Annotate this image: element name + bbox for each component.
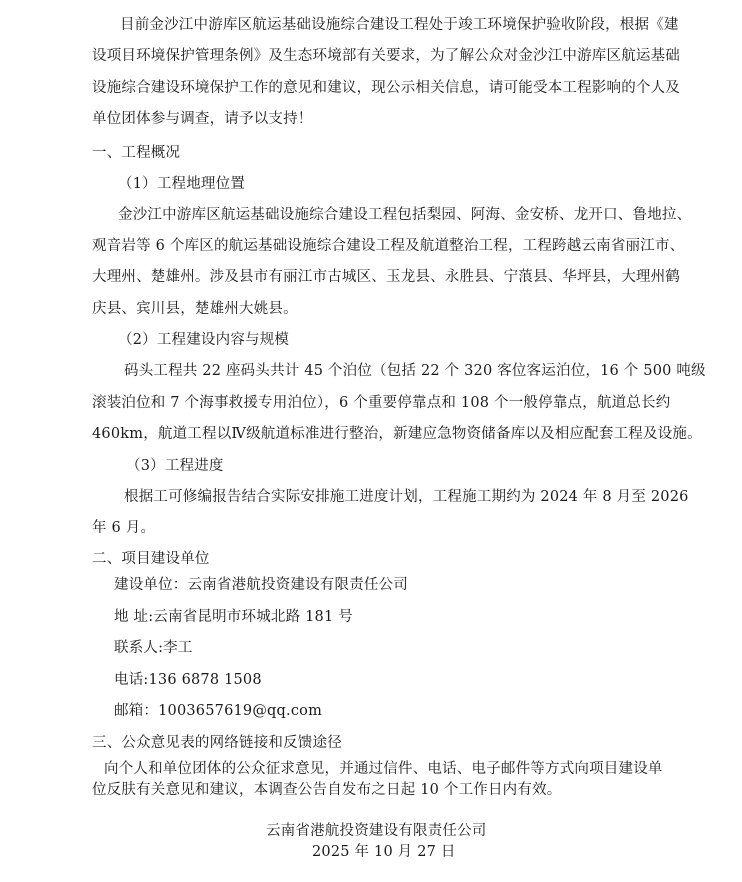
section3-line: 位反肤有关意见和建议，本调查公告自发布之日起 10 个工作日内有效。: [92, 778, 561, 799]
sub3-line: 年 6 月。: [92, 516, 155, 537]
sub2-line: 滚装泊位和 7 个海事救援专用泊位），6 个重要停靠点和 108 个一般停靠点，…: [92, 391, 670, 412]
section2-heading: 二、项目建设单位: [92, 547, 210, 568]
address: 地 址:云南省昆明市环城北路 181 号: [114, 605, 353, 626]
sub1-line: 金沙江中游库区航运基础设施综合建设工程包括梨园、阿海、金安桥、龙开口、鲁地拉、: [118, 203, 691, 224]
phone: 电话:136 6878 1508: [114, 668, 262, 689]
section1-heading: 一、工程概况: [92, 141, 180, 162]
section3-heading: 三、公众意见表的网络链接和反馈途径: [92, 731, 342, 752]
intro-line: 设施综合建设环境保护工作的意见和建议，现公示相关信息，请可能受本工程影响的个人及: [92, 76, 680, 97]
signature-date: 2025 年 10 月 27 日: [312, 840, 456, 861]
sub2-line: 码头工程共 22 座码头共计 45 个泊位（包括 22 个 320 客位客运泊位…: [124, 359, 706, 380]
sub1-line: 大理州、楚雄州。涉及县市有丽江市古城区、玉龙县、永胜县、宁蒗县、华坪县，大理州鹤: [92, 265, 680, 286]
sub2-heading: （2）工程建设内容与规模: [118, 328, 289, 349]
sub3-line: 根据工可修编报告结合实际安排施工进度计划，工程施工期约为 2024 年 8 月至…: [124, 485, 689, 506]
section3-line: 向个人和单位团体的公众征求意见，并通过信件、电话、电子邮件等方式向项目建设单: [104, 757, 663, 778]
sub1-heading: （1）工程地理位置: [118, 172, 245, 193]
intro-line: 单位团体参与调查，请予以支持！: [92, 107, 313, 128]
sub1-line: 观音岩等 6 个库区的航运基础设施综合建设工程及航道整治工程，工程跨越云南省丽江…: [92, 234, 684, 255]
signature-company: 云南省港航投资建设有限责任公司: [266, 819, 487, 840]
sub1-line: 庆县、宾川县，楚雄州大姚县。: [92, 297, 298, 318]
email: 邮箱：1003657619@qq.com: [114, 699, 322, 720]
intro-line: 目前金沙江中游库区航运基础设施综合建设工程处于竣工环境保护验收阶段，根据《建: [120, 13, 679, 34]
intro-line: 设项目环境保护管理条例》及生态环境部有关要求，为了解公众对金沙江中游库区航运基础: [92, 44, 680, 65]
builder-unit: 建设单位：云南省港航投资建设有限责任公司: [114, 573, 408, 594]
sub3-heading: （3）工程进度: [126, 454, 224, 475]
sub2-line: 460km，航道工程以Ⅳ级航道标准进行整治，新建应急物资储备库以及相应配套工程及…: [92, 422, 702, 443]
contact-person: 联系人:李工: [114, 636, 193, 657]
